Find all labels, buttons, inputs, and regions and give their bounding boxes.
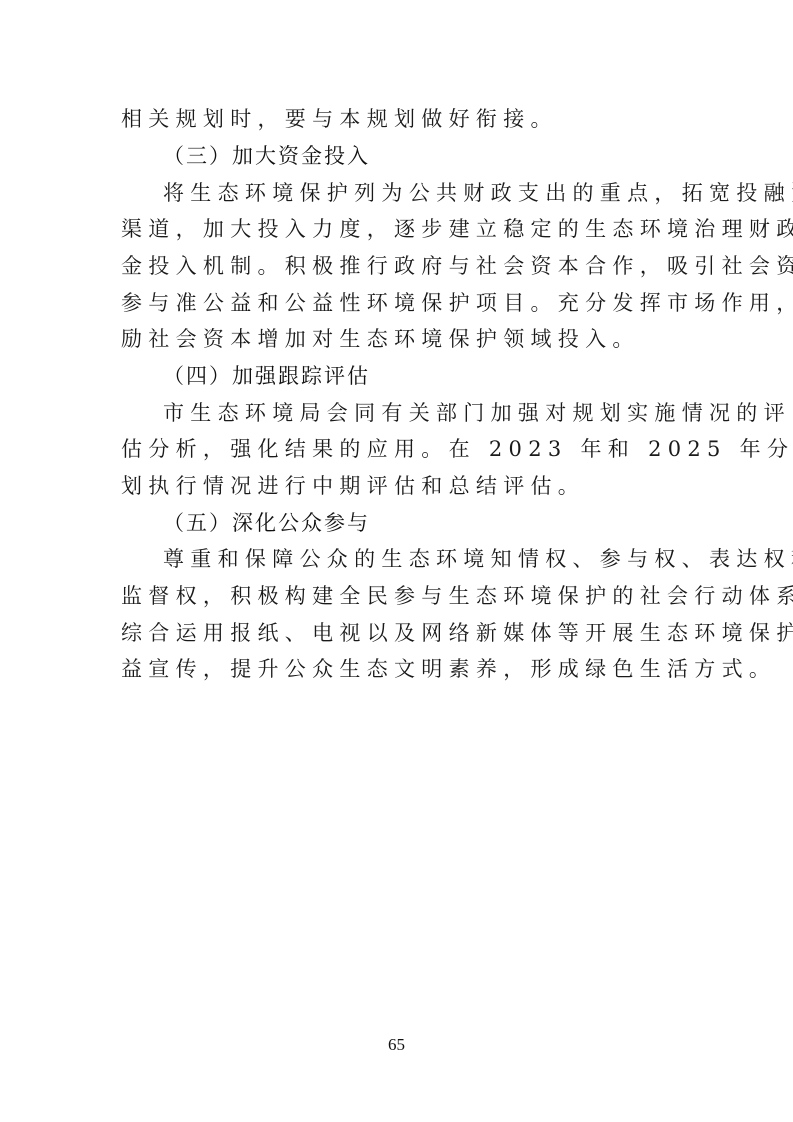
paragraph-line: 尊重和保障公众的生态环境知情权、参与权、表达权和 bbox=[163, 545, 723, 573]
document-page: 相关规划时，要与本规划做好衔接。（三）加大资金投入将生态环境保护列为公共财政支出… bbox=[0, 0, 793, 1122]
section-heading: （五）深化公众参与 bbox=[163, 509, 723, 537]
section-heading: （三）加大资金投入 bbox=[163, 142, 723, 170]
paragraph-line: 估分析，强化结果的应用。在 2023 年和 2025 年分别对本规 bbox=[121, 435, 681, 463]
paragraph-line: 划执行情况进行中期评估和总结评估。 bbox=[121, 472, 681, 500]
section-heading: （四）加强跟踪评估 bbox=[163, 362, 723, 390]
paragraph-line: 监督权，积极构建全民参与生态环境保护的社会行动体系。 bbox=[121, 582, 681, 610]
paragraph-line: 综合运用报纸、电视以及网络新媒体等开展生态环境保护公 bbox=[121, 619, 681, 647]
paragraph-line: 益宣传，提升公众生态文明素养，形成绿色生活方式。 bbox=[121, 655, 681, 683]
paragraph-line: 市生态环境局会同有关部门加强对规划实施情况的评 bbox=[163, 399, 723, 427]
paragraph-line: 渠道，加大投入力度，逐步建立稳定的生态环境治理财政资 bbox=[121, 215, 681, 243]
paragraph-line: 金投入机制。积极推行政府与社会资本合作，吸引社会资本 bbox=[121, 252, 681, 280]
paragraph-line: 参与准公益和公益性环境保护项目。充分发挥市场作用，鼓 bbox=[121, 289, 681, 317]
paragraph-line: 相关规划时，要与本规划做好衔接。 bbox=[121, 105, 681, 133]
paragraph-line: 将生态环境保护列为公共财政支出的重点，拓宽投融资 bbox=[163, 179, 723, 207]
page-number: 65 bbox=[0, 1035, 793, 1055]
paragraph-line: 励社会资本增加对生态环境保护领域投入。 bbox=[121, 325, 681, 353]
